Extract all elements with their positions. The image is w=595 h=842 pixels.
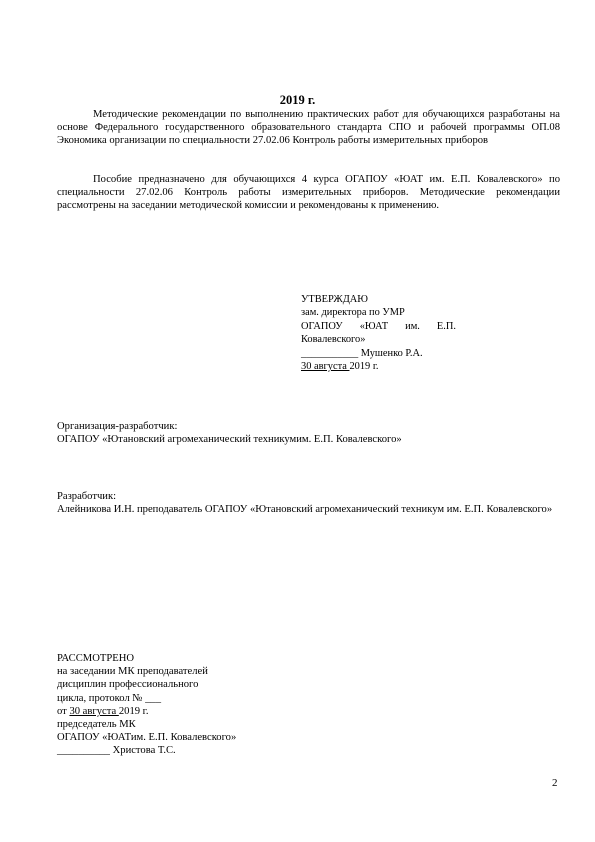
review-signature: __________ Христова Т.С. [57,744,236,757]
organization-label: Организация-разработчик: [57,420,560,433]
approval-title: УТВЕРЖДАЮ [301,293,456,306]
review-date-day: 30 августа [69,706,118,717]
document-page: 2019 г. Методические рекомендации по вып… [0,0,595,842]
approval-date-day: 30 августа [301,361,349,372]
review-chair: председатель МК [57,718,236,731]
approval-date-year: 2019 г. [349,361,378,372]
review-block: РАССМОТРЕНО на заседании МК преподавател… [57,652,236,758]
approval-signature: ___________ Мушенко Р.А. [301,347,456,360]
review-line: дисциплин профессионального [57,678,236,691]
approval-org-part: «ЮАТ [360,320,388,333]
organization-block: Организация-разработчик: ОГАПОУ «Ютановс… [57,420,560,446]
methodology-text: Методические рекомендации по выполнению … [57,109,560,146]
review-date: от 30 августа 2019 г. [57,705,236,718]
approval-org-part: Е.П. [437,320,456,333]
approval-org-part: им. [405,320,420,333]
review-date-prefix: от [57,706,69,717]
developer-value: Алейникова И.Н. преподаватель ОГАПОУ «Ют… [57,503,560,516]
signature-line: ___________ [301,348,358,359]
methodology-paragraph: Методические рекомендации по выполнению … [57,108,560,147]
review-title: РАССМОТРЕНО [57,652,236,665]
developer-label: Разработчик: [57,490,560,503]
review-org: ОГАПОУ «ЮАТим. Е.П. Ковалевского» [57,731,236,744]
organization-value: ОГАПОУ «Ютановский агромеханический техн… [57,433,560,446]
purpose-text: Пособие предназначено для обучающихся 4 … [57,174,560,211]
approval-org-part: ОГАПОУ [301,320,343,333]
review-protocol: цикла, протокол № ___ [57,692,236,705]
signer-name: Мушенко Р.А. [358,348,422,359]
approval-org: ОГАПОУ «ЮАТ им. Е.П. [301,320,456,333]
approval-block: УТВЕРЖДАЮ зам. директора по УМР ОГАПОУ «… [301,293,456,373]
purpose-paragraph: Пособие предназначено для обучающихся 4 … [57,173,560,212]
approval-org-cont: Ковалевского» [301,333,456,346]
approval-position: зам. директора по УМР [301,306,456,319]
developer-block: Разработчик: Алейникова И.Н. преподавате… [57,490,560,516]
approval-date: 30 августа 2019 г. [301,360,456,373]
review-line: на заседании МК преподавателей [57,665,236,678]
page-number: 2 [552,777,558,789]
review-date-year: 2019 г. [119,706,149,717]
year-heading: 2019 г. [0,93,595,108]
